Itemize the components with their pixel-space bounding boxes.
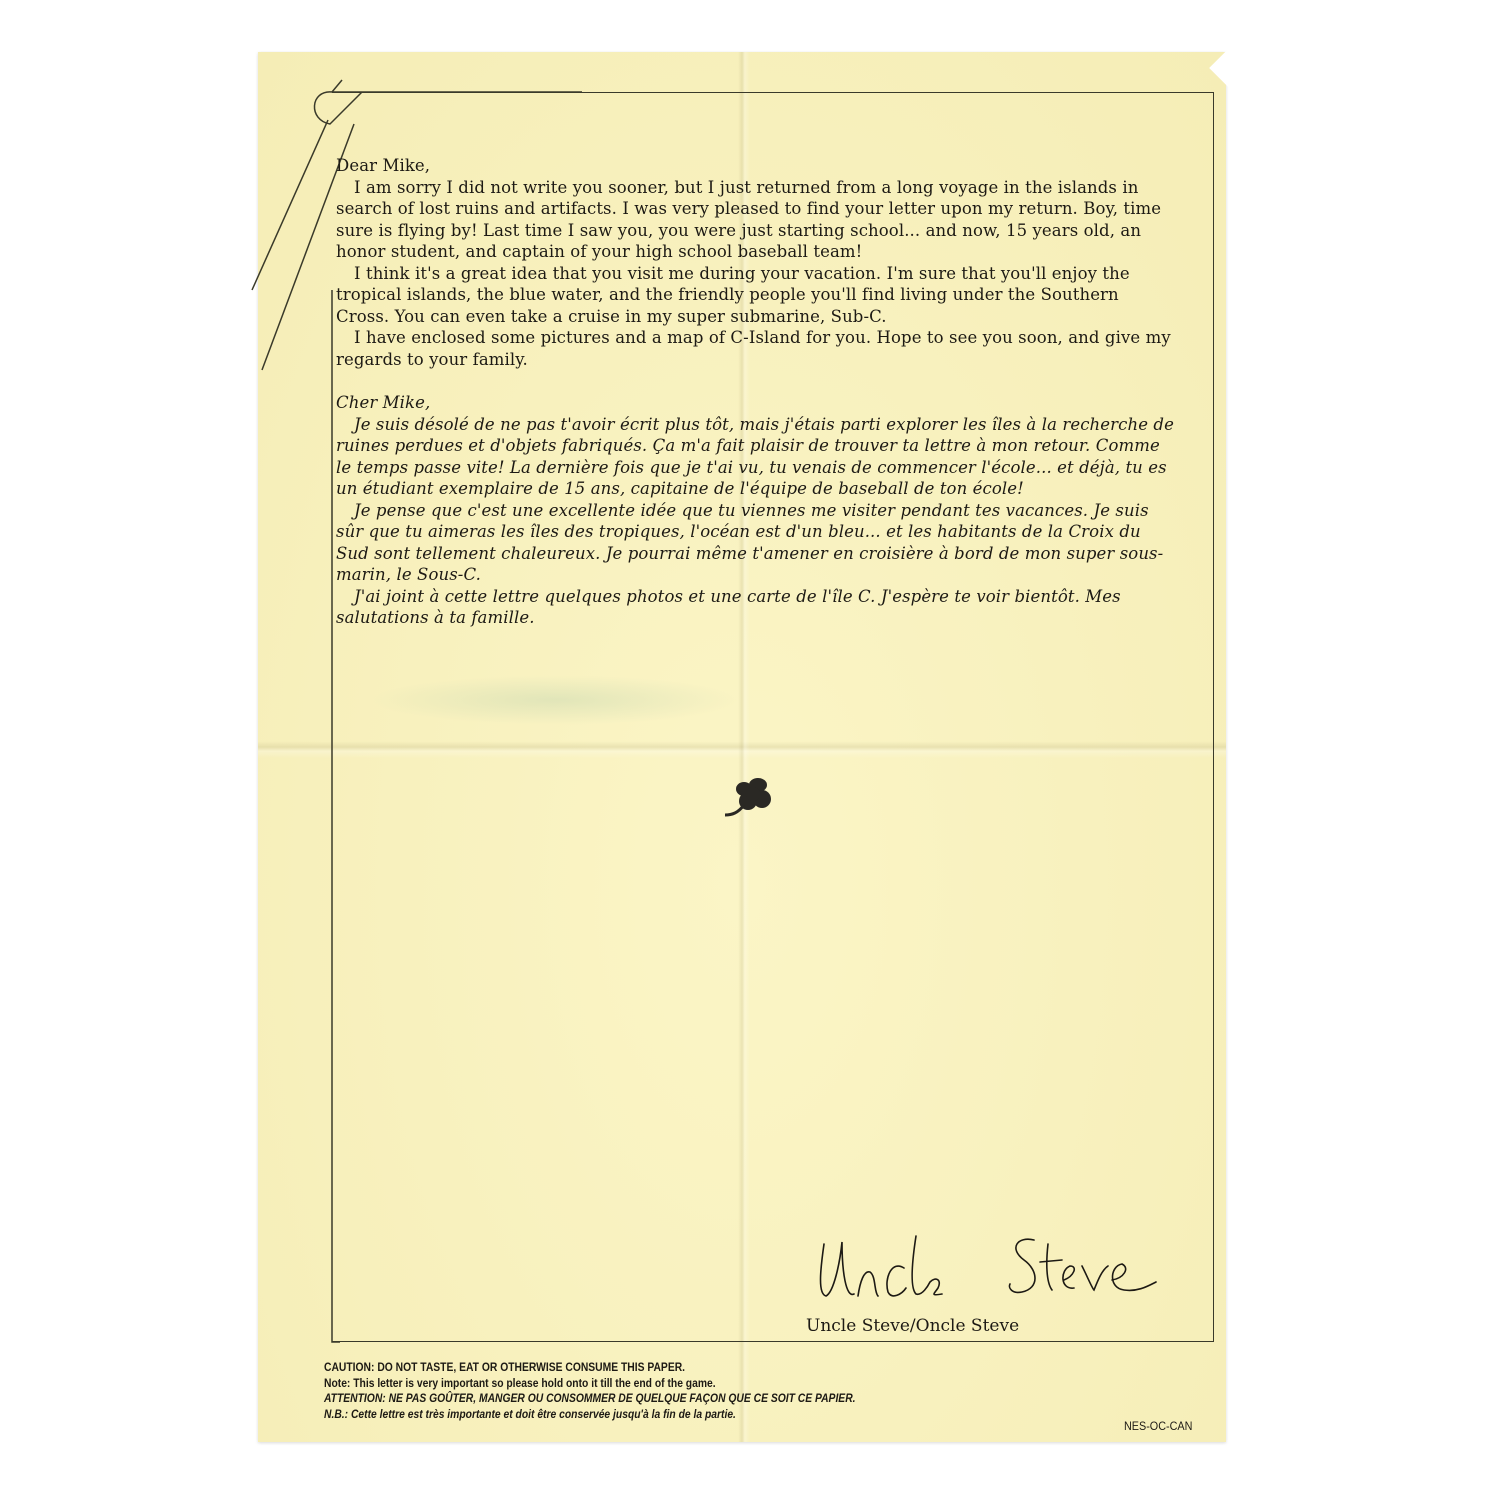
english-paragraph: I am sorry I did not write you sooner, b… (336, 177, 1176, 263)
french-paragraph: J'ai joint à cette lettre quelques photo… (336, 586, 1176, 629)
product-code: NES-OC-CAN (1124, 1419, 1192, 1433)
english-paragraph: I have enclosed some pictures and a map … (336, 327, 1176, 370)
caution-english: CAUTION: DO NOT TASTE, EAT OR OTHERWISE … (324, 1360, 978, 1376)
caution-notice: CAUTION: DO NOT TASTE, EAT OR OTHERWISE … (324, 1360, 978, 1422)
printed-signature: Uncle Steve/Oncle Steve (806, 1316, 1019, 1336)
letter-body: Dear Mike, I am sorry I did not write yo… (336, 155, 1176, 629)
caution-french: ATTENTION: NE PAS GOÛTER, MANGER OU CONS… (324, 1391, 978, 1407)
english-section: Dear Mike, I am sorry I did not write yo… (336, 155, 1176, 370)
french-greeting: Cher Mike, (336, 392, 1176, 414)
french-paragraph: Je suis désolé de ne pas t'avoir écrit p… (336, 414, 1176, 500)
english-greeting: Dear Mike, (336, 155, 1176, 177)
note-french: N.B.: Cette lettre est très importante e… (324, 1407, 978, 1423)
four-leaf-clover-icon (722, 775, 778, 817)
french-section: Cher Mike, Je suis désolé de ne pas t'av… (336, 392, 1176, 629)
english-paragraph: I think it's a great idea that you visit… (336, 263, 1176, 328)
french-paragraph: Je pense que c'est une excellente idée q… (336, 500, 1176, 586)
handwritten-signature (812, 1232, 1172, 1312)
note-english: Note: This letter is very important so p… (324, 1376, 978, 1392)
